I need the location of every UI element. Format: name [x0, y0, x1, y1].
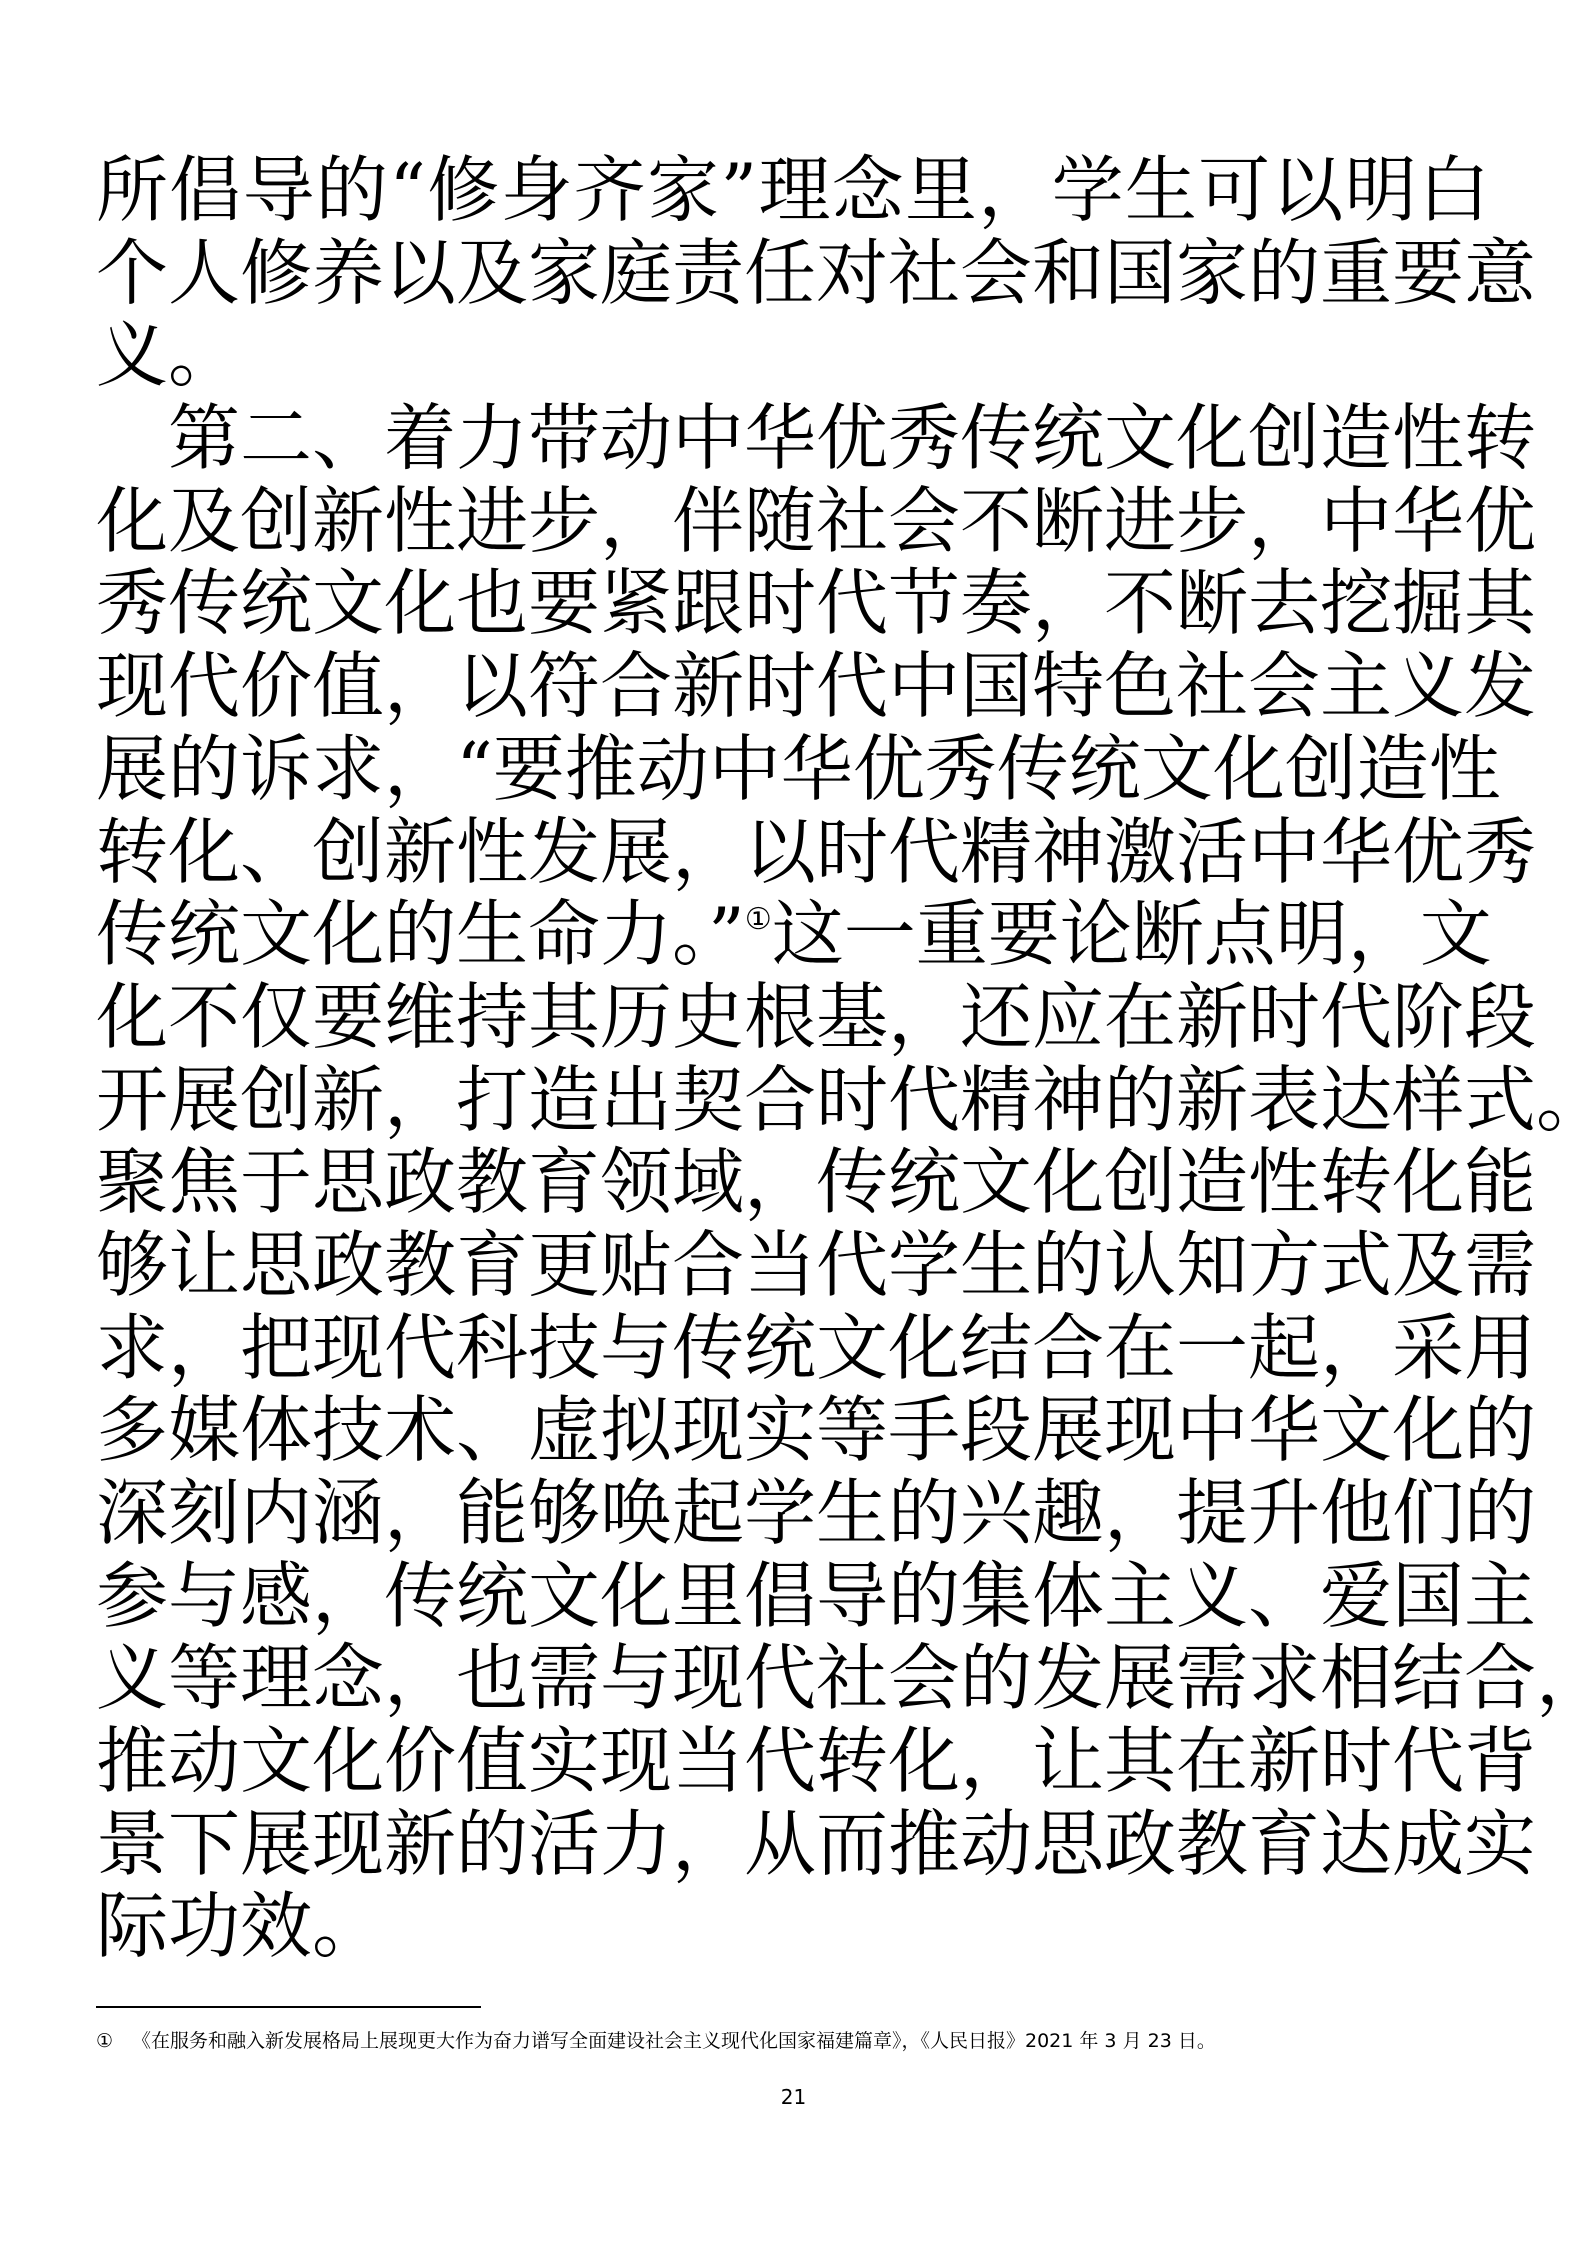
footnote-separator	[96, 2006, 481, 2008]
text-line: 参与感，传统文化里倡导的集体主义、爱国主	[96, 1555, 1490, 1638]
text-line: 转化、创新性发展，以时代精神激活中华优秀	[96, 811, 1490, 894]
text-line: 开展创新，打造出契合时代精神的新表达样式。	[96, 1059, 1490, 1142]
text-line: 多媒体技术、虚拟现实等手段展现中华文化的	[96, 1389, 1490, 1472]
footnote-mark: ①	[96, 2026, 132, 2056]
text-line: 景下展现新的活力，从而推动思政教育达成实	[96, 1803, 1490, 1886]
footnote-reference[interactable]: ①	[745, 902, 772, 937]
text-line: 求，把现代科技与传统文化结合在一起，采用	[96, 1307, 1490, 1390]
text-after-ref: 这一重要论断点明，文	[772, 892, 1492, 976]
body-text: 所倡导的“修身齐家”理念里，学生可以明白 个人修养以及家庭责任对社会和国家的重要…	[96, 149, 1490, 1968]
text-line: 秀传统文化也要紧跟时代节奏，不断去挖掘其	[96, 562, 1490, 645]
text-line: 聚焦于思政教育领域，传统文化创造性转化能	[96, 1141, 1490, 1224]
text-line: 际功效。	[96, 1885, 1490, 1968]
quote-end-text: 传统文化的生命力。”	[96, 892, 745, 976]
text-line: 展的诉求，“要推动中华优秀传统文化创造性	[96, 728, 1490, 811]
text-line: 个人修养以及家庭责任对社会和国家的重要意	[96, 232, 1490, 315]
text-line-with-footnote-ref: 传统文化的生命力。”①这一重要论断点明，文	[96, 893, 1490, 976]
paragraph-start-line: 第二、着力带动中华优秀传统文化创造性转	[96, 397, 1490, 480]
text-line: 现代价值，以符合新时代中国特色社会主义发	[96, 645, 1490, 728]
text-line: 够让思政教育更贴合当代学生的认知方式及需	[96, 1224, 1490, 1307]
footnote-text: 《在服务和融入新发展格局上展现更大作为奋力谱写全面建设社会主义现代化国家福建篇章…	[132, 2030, 1216, 2052]
text-line: 所倡导的“修身齐家”理念里，学生可以明白	[96, 149, 1490, 232]
document-page: 所倡导的“修身齐家”理念里，学生可以明白 个人修养以及家庭责任对社会和国家的重要…	[0, 0, 1587, 2245]
text-line: 推动文化价值实现当代转化，让其在新时代背	[96, 1720, 1490, 1803]
page-number: 21	[0, 2082, 1587, 2112]
text-line: 化及创新性进步，伴随社会不断进步，中华优	[96, 480, 1490, 563]
text-line: 义。	[96, 314, 1490, 397]
text-line: 义等理念，也需与现代社会的发展需求相结合，	[96, 1637, 1490, 1720]
text-line: 化不仅要维持其历史根基，还应在新时代阶段	[96, 976, 1490, 1059]
footnote: ①《在服务和融入新发展格局上展现更大作为奋力谱写全面建设社会主义现代化国家福建篇…	[96, 2026, 1496, 2056]
text-line: 深刻内涵，能够唤起学生的兴趣，提升他们的	[96, 1472, 1490, 1555]
